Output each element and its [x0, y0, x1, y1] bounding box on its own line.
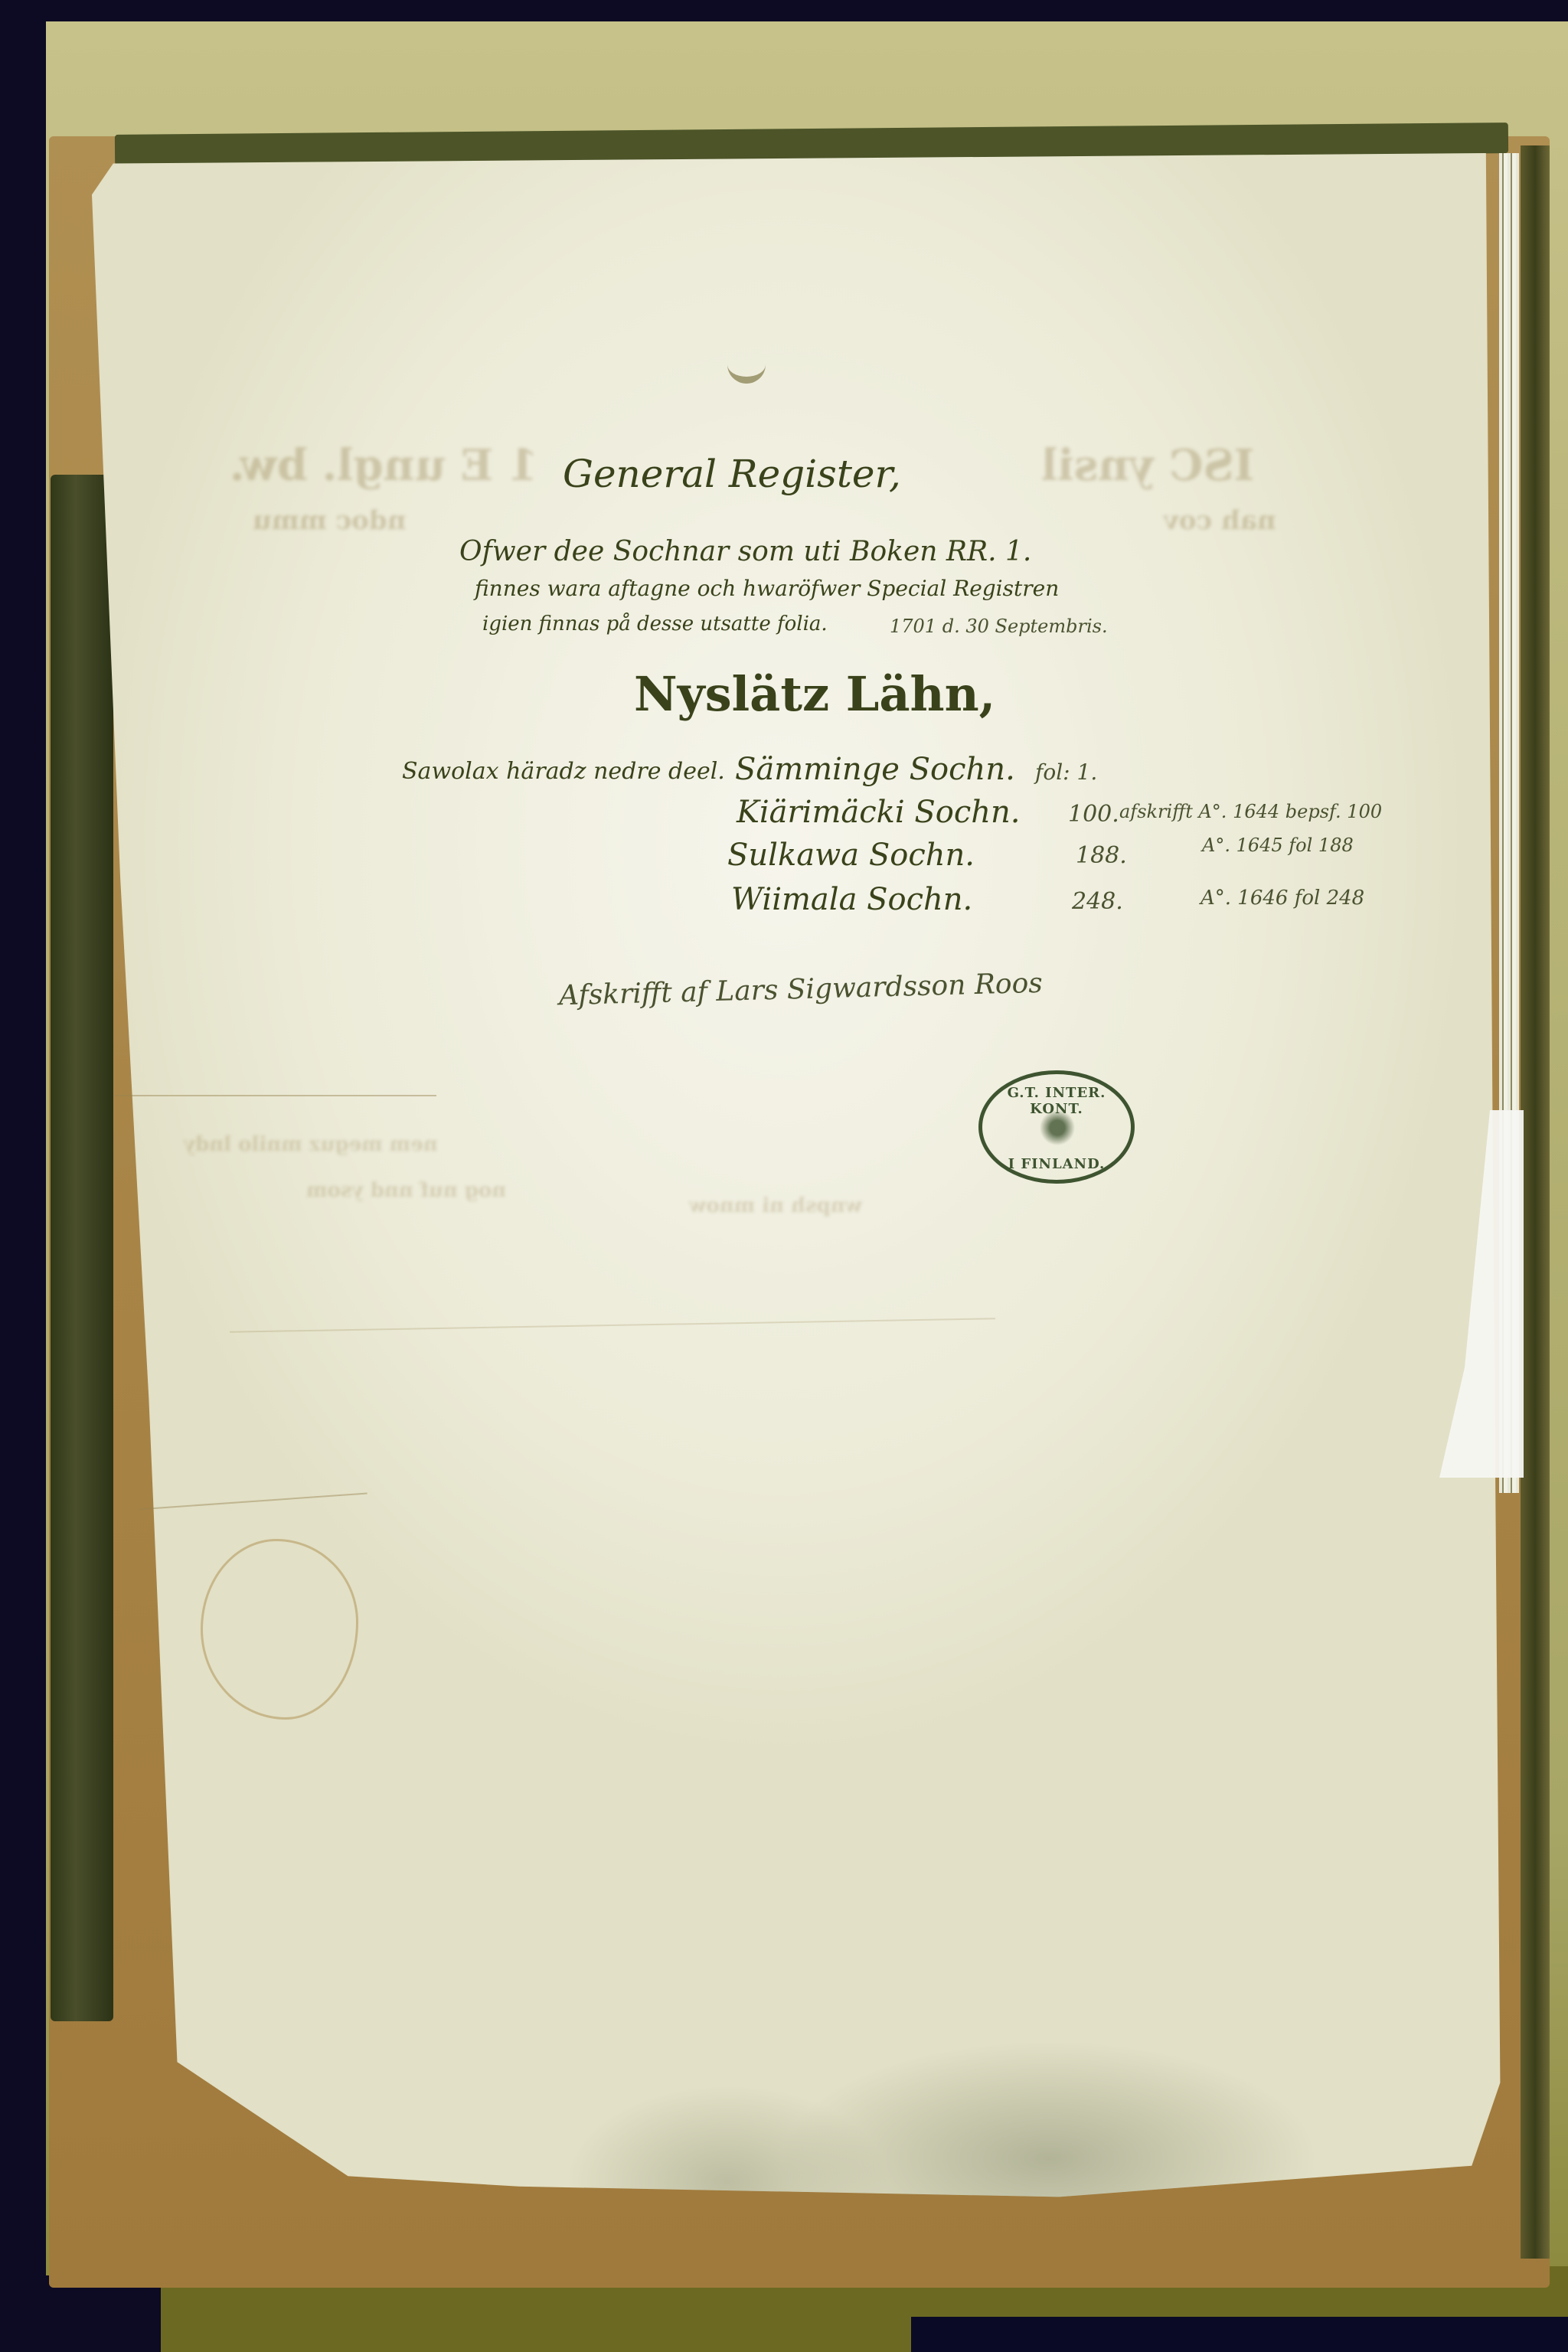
bleed-through-text: ndoc mmu: [253, 505, 406, 536]
leather-spine: [51, 475, 113, 2021]
water-stain: [201, 1539, 358, 1720]
crown-emblem-icon: [1034, 1109, 1080, 1146]
parish-folio: 188.: [1076, 842, 1127, 869]
region-heading: Nyslätz Lähn,: [634, 666, 995, 722]
parish-note: A°. 1645 fol 188: [1202, 835, 1354, 856]
register-title: General Register,: [563, 452, 901, 496]
bleed-through-text: nah cov: [1164, 505, 1276, 536]
subtitle-line-2: finnes wara aftagne och hwaröfwer Specia…: [475, 576, 1059, 601]
book-edge-right: [1521, 145, 1550, 2259]
register-date: 1701 d. 30 Septembris.: [890, 616, 1108, 637]
parish-name: Kiärimäcki Sochn.: [737, 795, 1021, 830]
bleed-through-text: ISC ynsil: [1041, 440, 1254, 491]
subtitle-line-3: igien finnas på desse utsatte folia.: [482, 612, 828, 635]
bleed-through-text: wnpsh ni mnow: [689, 1194, 862, 1217]
bleed-through-text: 1 E ungl. bw.: [230, 440, 538, 491]
parish-note: A°. 1646 fol 248: [1200, 887, 1364, 910]
parish-name: Sämminge Sochn.: [735, 752, 1015, 787]
parish-folio: fol: 1.: [1035, 759, 1097, 785]
parish-folio: 100.: [1068, 801, 1119, 828]
paper-crease: [115, 1095, 436, 1096]
parish-folio: 248.: [1072, 888, 1123, 915]
district-label: Sawolax häradz nedre deel.: [402, 758, 725, 785]
subtitle-line-1: Ofwer dee Sochnar som uti Boken RR. 1.: [459, 536, 1031, 567]
parish-name: Sulkawa Sochn.: [727, 838, 975, 873]
archive-stamp: G.T. INTER. KONT. I FINLAND.: [978, 1070, 1135, 1184]
stamp-bottom-text: I FINLAND.: [982, 1156, 1131, 1172]
bleed-through-text: nem meguz mnilo lndy: [184, 1133, 438, 1156]
film-border: [911, 2317, 1568, 2352]
parish-name: Wiimala Sochn.: [731, 882, 972, 917]
bleed-through-text: nog nuf nnd ysom: [306, 1179, 506, 1202]
parish-note: afskrifft A°. 1644 bepsf. 100: [1119, 801, 1382, 822]
